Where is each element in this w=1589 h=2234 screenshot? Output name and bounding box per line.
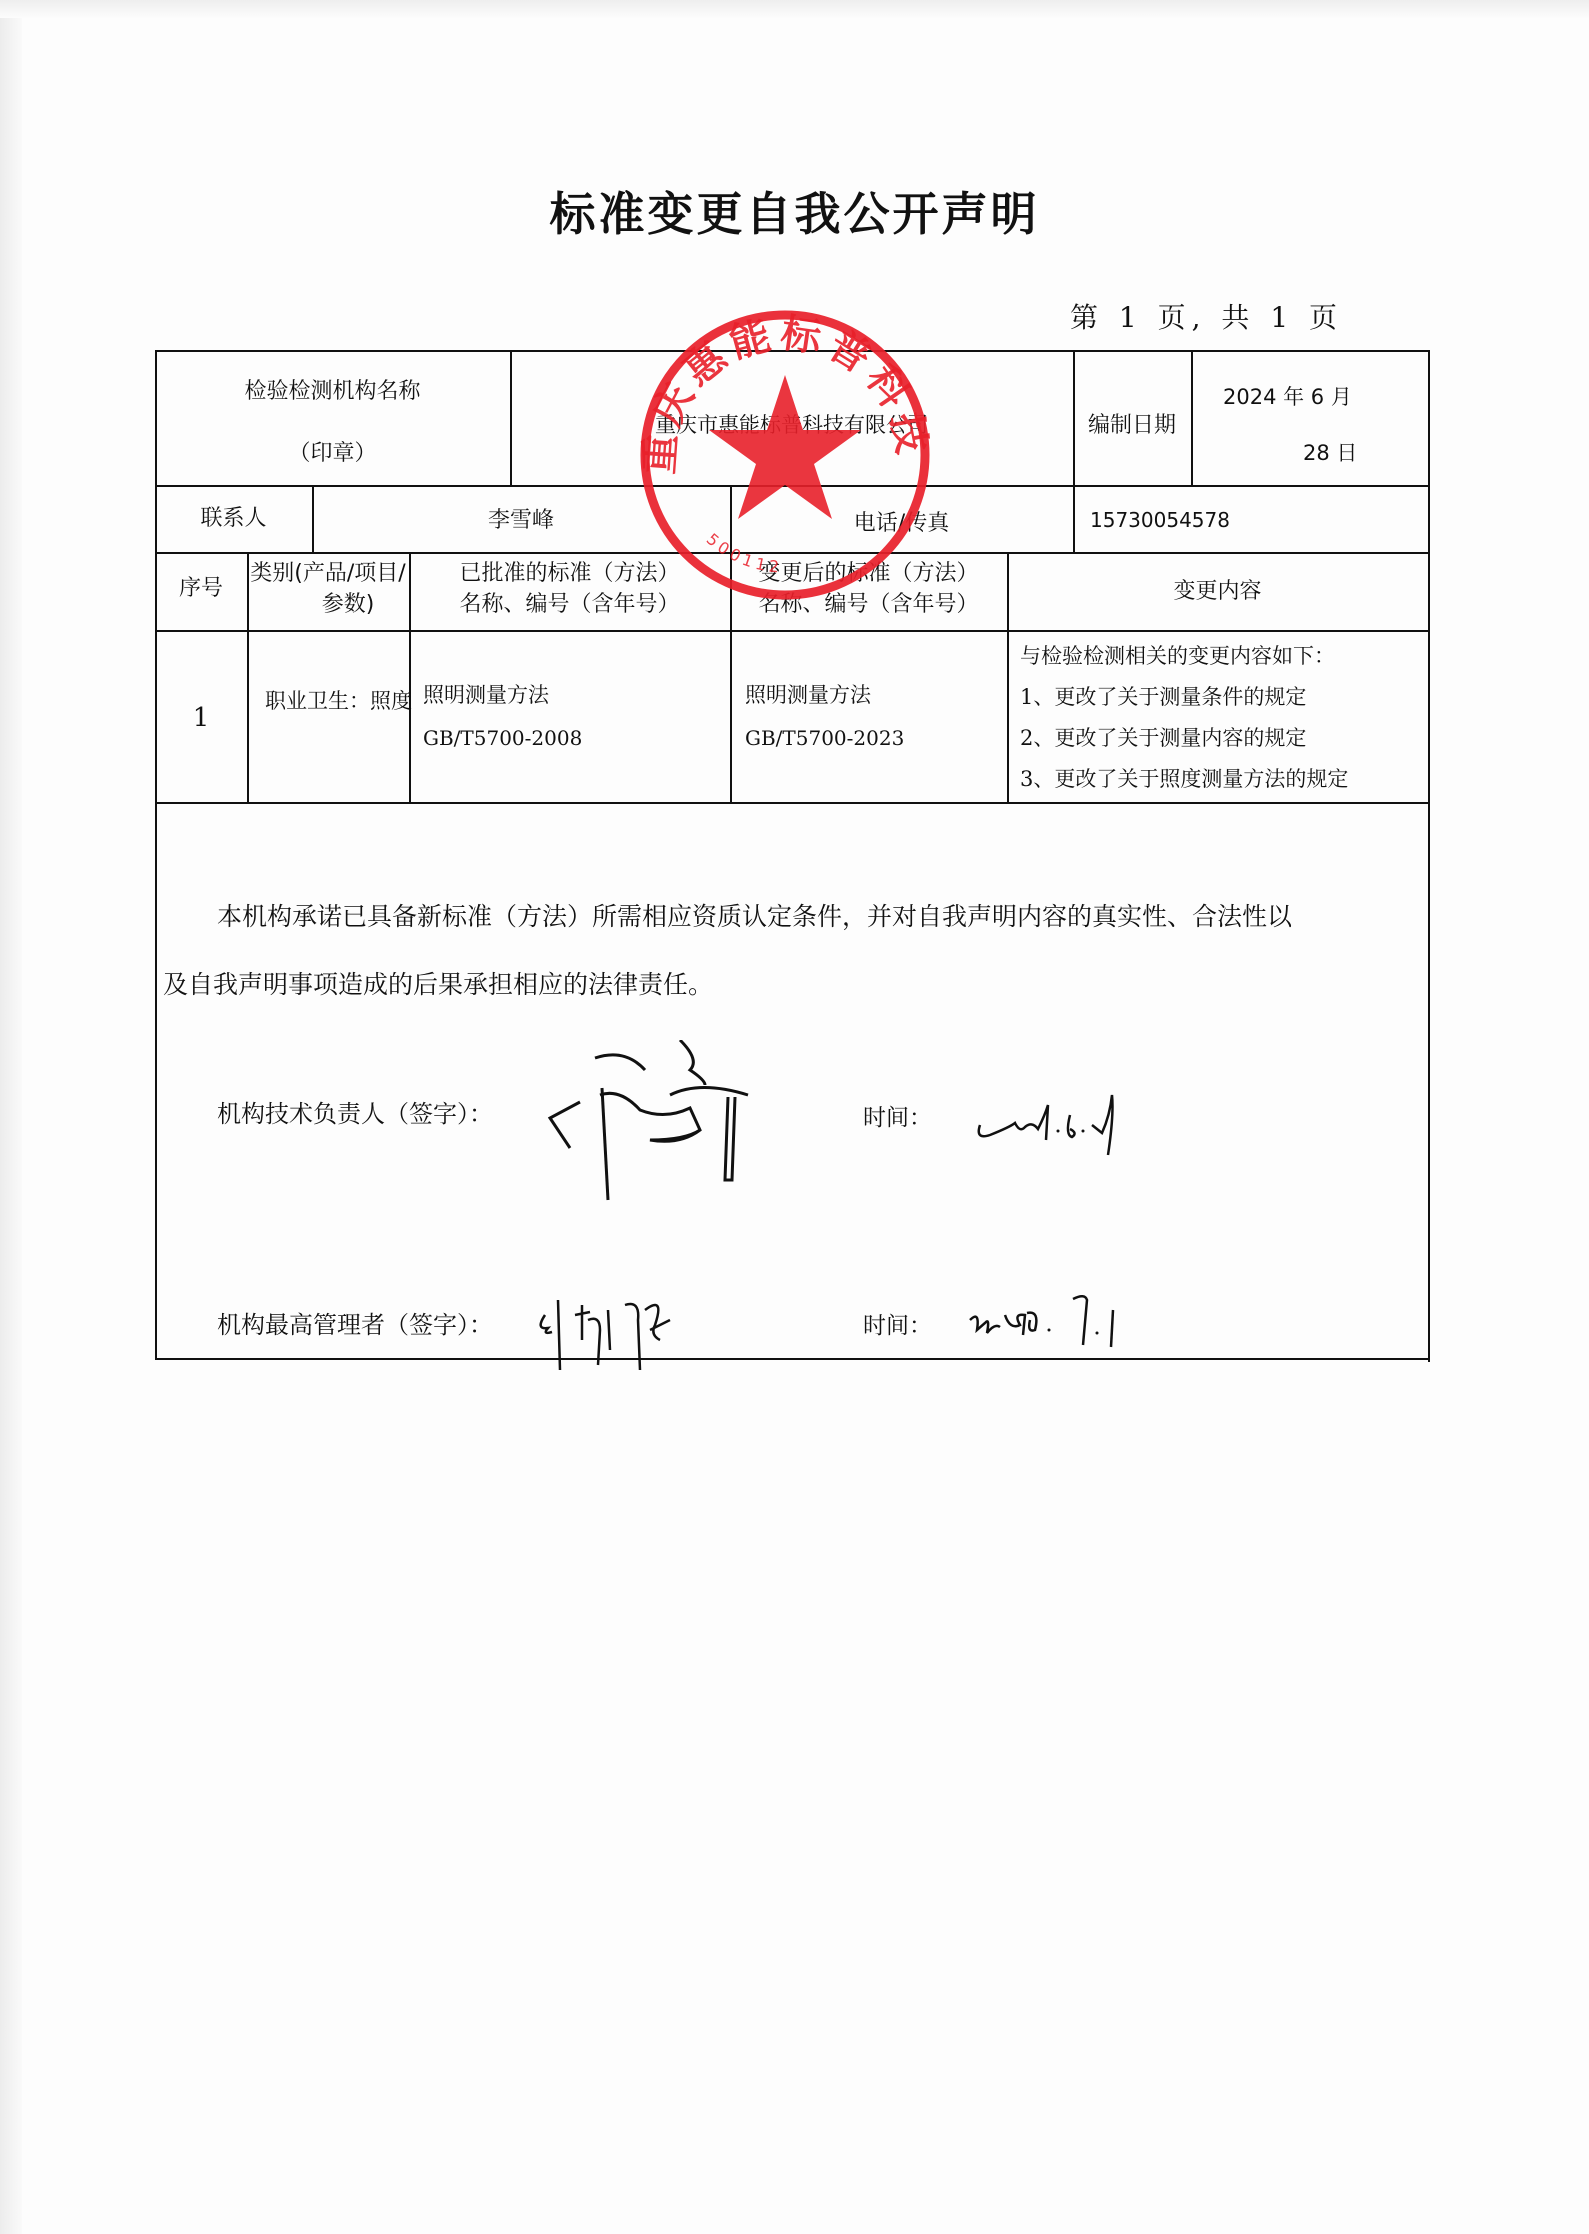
row-old-code: GB/T5700-2008 [423, 725, 582, 751]
row-change-item: 3、更改了关于照度测量方法的规定 [1020, 766, 1348, 793]
tech-lead-signature [530, 1040, 860, 1220]
row-sep-4 [155, 802, 1430, 804]
document-title: 标准变更自我公开声明 [0, 178, 1589, 244]
row-sep-1 [155, 485, 1430, 487]
top-manager-sign-label: 机构最高管理者（签字）： [217, 1313, 493, 1337]
col-header-changes: 变更内容 [1007, 578, 1428, 607]
org-name-label: 检验检测机构名称 [155, 378, 510, 407]
row-sep-2 [155, 552, 1430, 554]
col-header-category-2: 参数) [247, 591, 409, 620]
phone-value: 15730054578 [1090, 507, 1230, 533]
col-sep-r1-c [1191, 350, 1193, 486]
col-header-category-1: 类别(产品/项目/ [247, 560, 409, 589]
top-manager-time-label: 时间： [863, 1315, 932, 1338]
tech-lead-date-handwritten [970, 1085, 1150, 1175]
top-manager-date-handwritten [965, 1285, 1185, 1365]
compile-date-label: 编制日期 [1073, 412, 1191, 441]
border-left [155, 350, 157, 1360]
scan-edge-left [0, 0, 22, 2234]
row-change-item: 2、更改了关于测量内容的规定 [1020, 725, 1306, 752]
border-bottom [155, 1358, 1430, 1360]
col-header-old-1: 已批准的标准（方法） [409, 560, 730, 589]
top-manager-signature [530, 1290, 730, 1380]
row-old-name: 照明测量方法 [423, 682, 549, 709]
border-right [1428, 350, 1430, 1362]
col-header-index: 序号 [155, 575, 247, 604]
row-index: 1 [155, 702, 247, 736]
phone-label: 电话/传真 [730, 510, 1073, 539]
tech-lead-time-label: 时间： [863, 1107, 932, 1130]
org-name-value: 重庆市惠能标普科技有限公司 [510, 412, 1073, 439]
declaration-line-2: 及自我声明事项造成的后果承担相应的法律责任。 [163, 972, 713, 997]
row-new-name: 照明测量方法 [745, 682, 871, 709]
scan-edge-top [0, 0, 1589, 18]
declaration-form: 检验检测机构名称 （印章） 重庆市惠能标普科技有限公司 编制日期 2024 年 … [155, 350, 1430, 1360]
col-header-old-2: 名称、编号（含年号） [409, 591, 730, 620]
col-sep-category [409, 552, 411, 803]
col-sep-index [247, 552, 249, 803]
page-indicator: 第 1 页, 共 1 页 [1070, 296, 1343, 336]
col-sep-r1-b [1073, 350, 1075, 554]
compile-date-line2: 28 日 [1303, 440, 1357, 467]
seal-label: （印章） [155, 440, 510, 469]
contact-label: 联系人 [155, 505, 312, 534]
col-sep-old [730, 552, 732, 803]
tech-lead-sign-label: 机构技术负责人（签字）： [217, 1102, 493, 1126]
row-sep-3 [155, 630, 1430, 632]
compile-date-line1: 2024 年 6 月 [1223, 384, 1352, 411]
declaration-line-1: 本机构承诺已具备新标准（方法）所需相应资质认定条件，并对自我声明内容的真实性、合… [217, 904, 1292, 929]
border-top [155, 350, 1430, 352]
contact-name: 李雪峰 [312, 507, 730, 536]
row-new-code: GB/T5700-2023 [745, 725, 904, 751]
row-category: 职业卫生：照度 [265, 688, 412, 715]
col-header-new-1: 变更后的标准（方法） [730, 560, 1007, 589]
col-header-new-2: 名称、编号（含年号） [730, 591, 1007, 620]
row-changes-intro: 与检验检测相关的变更内容如下： [1020, 643, 1335, 670]
row-change-item: 1、更改了关于测量条件的规定 [1020, 684, 1306, 711]
